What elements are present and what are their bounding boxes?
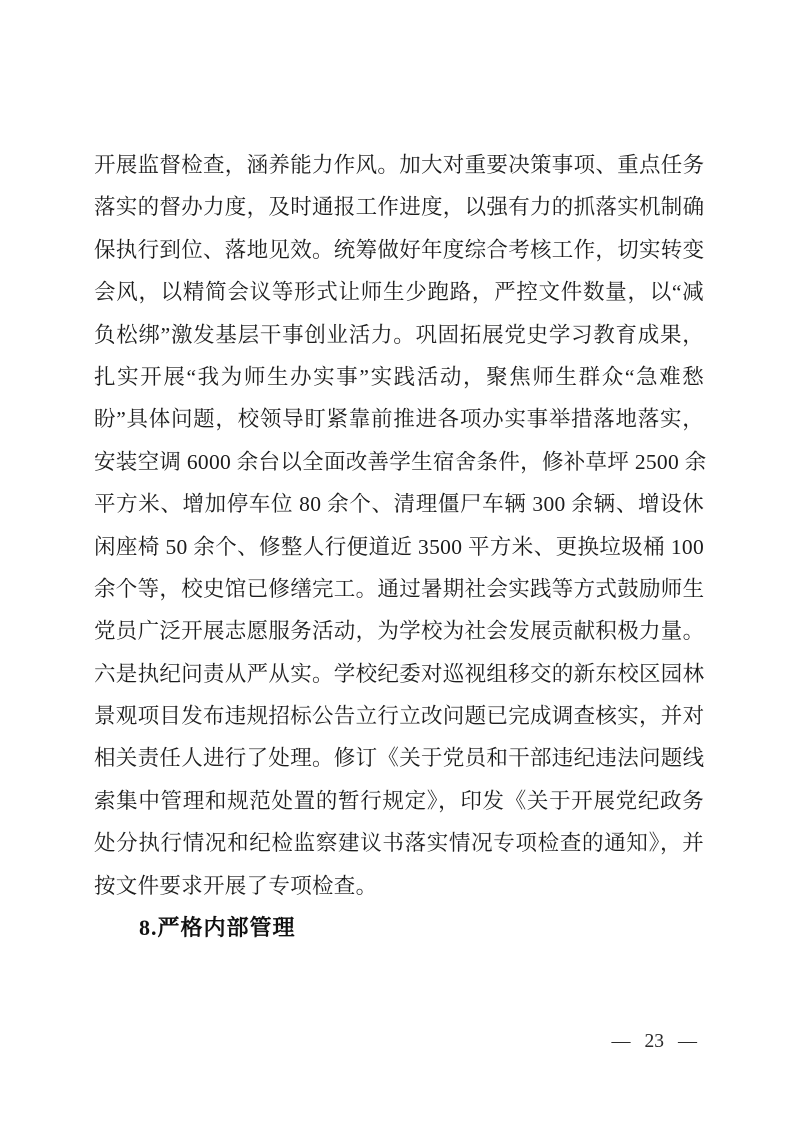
- body-text-line: 六是执纪问责从严从实。学校纪委对巡视组移交的新东校区园林: [94, 653, 704, 695]
- page-number-dash-right: —: [678, 1031, 697, 1053]
- body-text-line: 相关责任人进行了处理。修订《关于党员和干部违纪违法问题线: [94, 737, 704, 779]
- body-text-line: 会风，以精简会议等形式让师生少跑路，严控文件数量，以“减: [94, 271, 704, 313]
- body-text-line: 景观项目发布违规招标公告立行立改问题已完成调查核实，并对: [94, 695, 704, 737]
- body-text-line: 扎实开展“我为师生办实事”实践活动，聚焦师生群众“急难愁: [94, 356, 704, 398]
- body-text-line: 处分执行情况和纪检监察建议书落实情况专项检查的通知》，并: [94, 822, 704, 864]
- body-text-line: 索集中管理和规范处置的暂行规定》，印发《关于开展党纪政务: [94, 780, 704, 822]
- body-text-line: 保执行到位、落地见效。统筹做好年度综合考核工作，切实转变: [94, 229, 704, 271]
- page-number: 23: [645, 1031, 665, 1053]
- document-page: 开展监督检查，涵养能力作风。加大对重要决策事项、重点任务 落实的督办力度，及时通…: [0, 0, 793, 1122]
- body-text-line: 闲座椅 50 余个、修整人行便道近 3500 平方米、更换垃圾桶 100: [94, 526, 704, 568]
- body-text-line: 党员广泛开展志愿服务活动，为学校为社会发展贡献积极力量。: [94, 610, 704, 652]
- body-text-line: 落实的督办力度，及时通报工作进度，以强有力的抓落实机制确: [94, 186, 704, 228]
- page-number-dash-left: —: [612, 1031, 631, 1053]
- body-text-line: 盼”具体问题，校领导盯紧靠前推进各项办实事举措落地落实，: [94, 398, 704, 440]
- section-heading: 8.严格内部管理: [94, 907, 704, 949]
- page-number-footer: — 23 —: [612, 1031, 698, 1053]
- body-text-line: 余个等，校史馆已修缮完工。通过暑期社会实践等方式鼓励师生: [94, 568, 704, 610]
- body-text-line: 安装空调 6000 余台以全面改善学生宿舍条件，修补草坪 2500 余: [94, 441, 704, 483]
- body-text-line: 开展监督检查，涵养能力作风。加大对重要决策事项、重点任务: [94, 144, 704, 186]
- body-text-line: 按文件要求开展了专项检查。: [94, 865, 704, 907]
- body-text-line: 平方米、增加停车位 80 余个、清理僵尸车辆 300 余辆、增设休: [94, 483, 704, 525]
- body-text-line: 负松绑”激发基层干事创业活力。巩固拓展党史学习教育成果，: [94, 314, 704, 356]
- body-text-block: 开展监督检查，涵养能力作风。加大对重要决策事项、重点任务 落实的督办力度，及时通…: [94, 144, 704, 949]
